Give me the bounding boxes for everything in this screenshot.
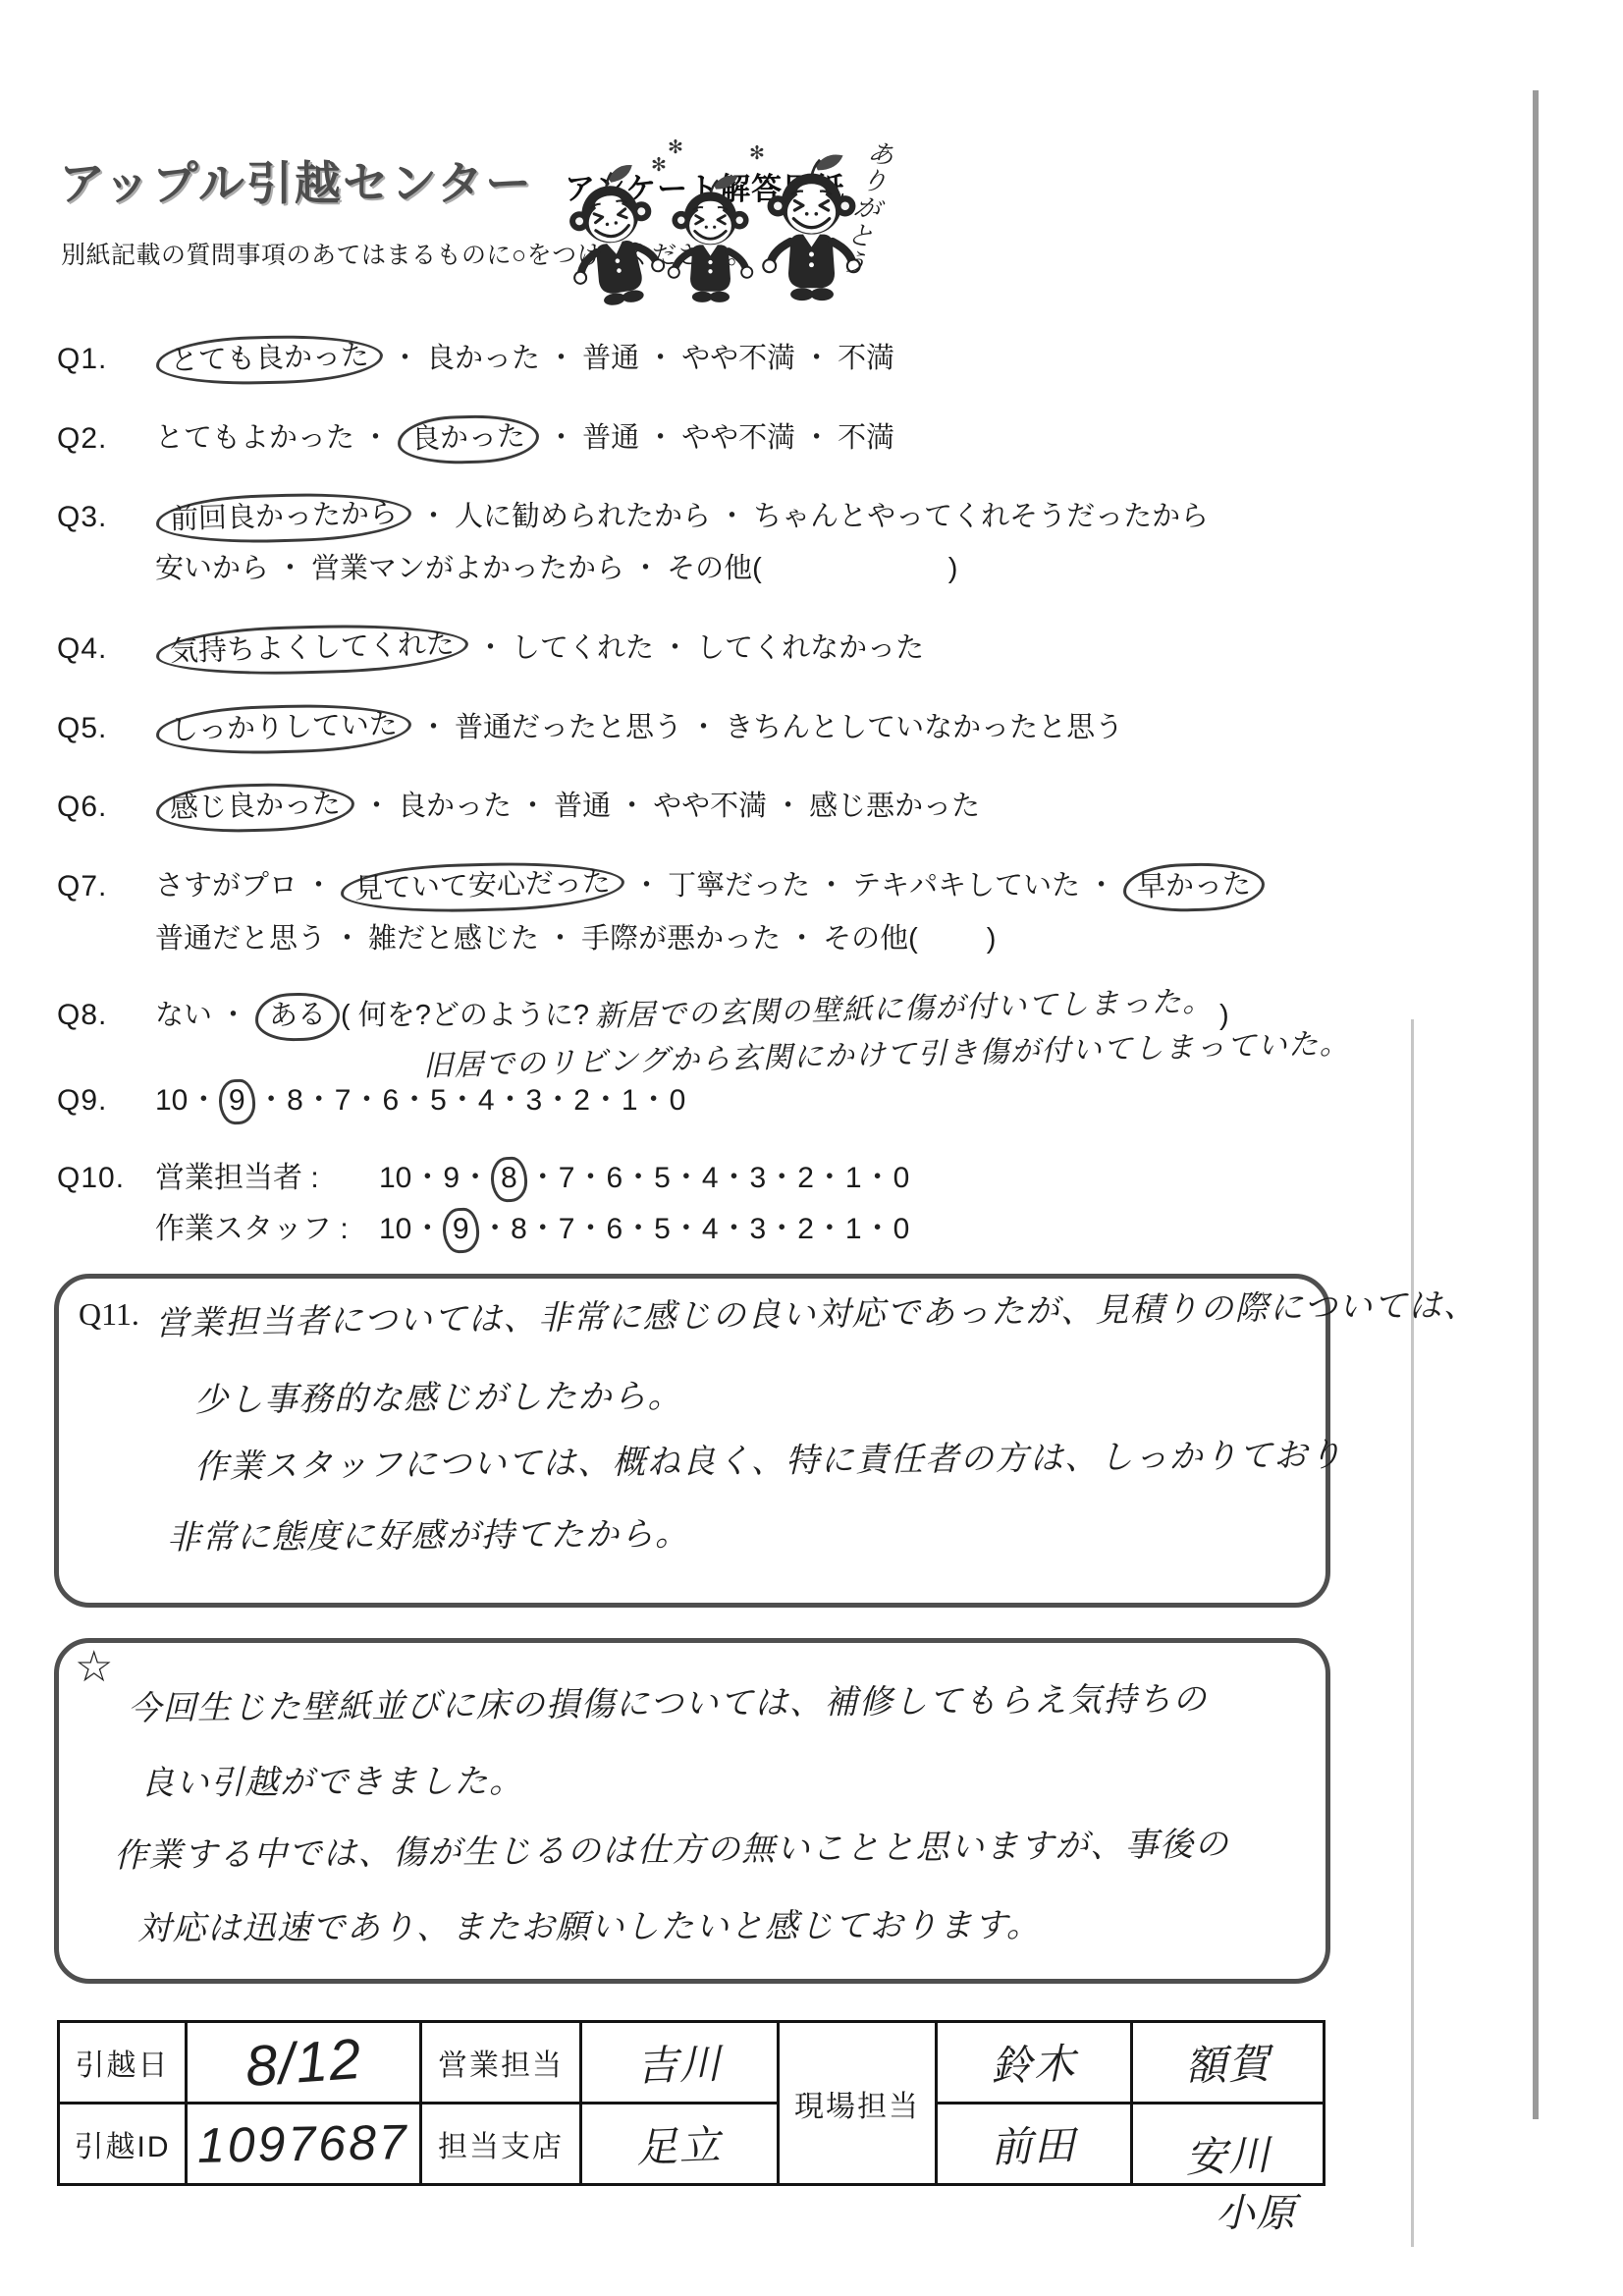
option-label: 気持ちよくしてくれた [170, 629, 456, 668]
option-separator: ・ [767, 1213, 796, 1245]
option-label: やや不満 [653, 791, 767, 822]
option-label: 2 [797, 1162, 814, 1194]
q11-comment-line: 少し事務的な感じがしたから。 [194, 1369, 682, 1421]
option-label: 0 [893, 1213, 910, 1245]
option-label: ある [269, 999, 327, 1032]
option-separator: ・ [460, 1162, 490, 1194]
option-label: その他( [823, 923, 918, 955]
option-separator: ・ [547, 422, 575, 454]
option-label: 人に勧められたから [455, 501, 711, 532]
question-line: 作業スタッフ :10・9・8・7・6・5・4・3・2・1・0 [57, 1211, 909, 1249]
fill-in-blank [918, 946, 987, 948]
option-label: 10 [379, 1162, 411, 1194]
handwritten-site-staff-name: 鈴木 [990, 2031, 1077, 2093]
site-staff-cell: 前田 [937, 2104, 1132, 2185]
option-label: してくれなかった [696, 632, 924, 664]
move-date-cell: 8/12 [187, 2022, 421, 2104]
hand-drawn-circle: 早かった [1122, 861, 1265, 913]
option-label: 感じ悪かった [809, 791, 980, 822]
option-separator: ・ [304, 1084, 334, 1117]
option-label: 普通 [582, 422, 639, 454]
option-separator: ・ [623, 1162, 653, 1194]
handwritten-extra-name: 小原 [1216, 2182, 1297, 2238]
option-label: 前回良かったから [170, 498, 399, 535]
option-label: 7 [559, 1162, 575, 1194]
option-label: 9 [443, 1162, 460, 1194]
option-label: 1 [622, 1084, 638, 1117]
option-separator: ・ [419, 712, 448, 743]
q11-comment-line: 非常に態度に好感が持てたから。 [167, 1506, 690, 1558]
option-label: 5 [430, 1084, 447, 1117]
option-separator: ・ [575, 1162, 605, 1194]
option-separator: ・ [543, 1084, 572, 1117]
hand-drawn-circle: 気持ちよくしてくれた [155, 622, 468, 679]
option-separator: ・ [661, 632, 689, 664]
option-label: 0 [893, 1162, 910, 1194]
option-label: 10 [155, 1084, 188, 1117]
option-label: 7 [559, 1213, 575, 1245]
option-label: 7 [335, 1084, 352, 1117]
question-line: Q8.ない・ある( 何を?どのように?新居での玄関の壁紙に傷が付いてしまった。) [57, 997, 1229, 1035]
branch-label: 担当支店 [421, 2104, 581, 2185]
option-label: 8 [287, 1084, 303, 1117]
handwritten-branch: 足立 [635, 2112, 723, 2174]
footer-table: 引越日 8/12 営業担当 吉川 現場担当 鈴木 額賀 引越ID 1097687… [57, 2020, 1325, 2186]
free-comment-line: 良い引越ができました。 [140, 1754, 524, 1804]
option-separator: ・ [476, 632, 505, 664]
option-separator: ・ [256, 1084, 286, 1117]
move-id-label: 引越ID [59, 2104, 187, 2185]
option-separator: ・ [528, 1213, 558, 1245]
sparkle-icon: ✻ [651, 155, 667, 176]
question-number: Q6. [57, 789, 107, 826]
sales-rep-cell: 吉川 [581, 2022, 779, 2104]
table-row: 引越ID 1097687 担当支店 足立 前田 安川 [59, 2104, 1325, 2185]
option-separator: ・ [774, 791, 802, 822]
option-label: 9 [453, 1213, 470, 1245]
question-line: Q1.とても良かった・良かった・普通・やや不満・不満 [57, 341, 894, 378]
option-label: とてもよかった [155, 422, 354, 454]
option-separator: ・ [802, 422, 831, 454]
handwritten-site-staff-name: 額賀 [1184, 2031, 1271, 2093]
option-label: きちんとしていなかったと思う [725, 712, 1123, 743]
option-label: ない [155, 1000, 212, 1031]
option-separator: ・ [528, 1162, 558, 1194]
question-number: Q4. [57, 630, 107, 668]
option-label: 普通だと思う [155, 923, 326, 955]
star-icon: ☆ [75, 1642, 113, 1692]
option-separator: ・ [480, 1213, 510, 1245]
q11-question-number: Q11. [79, 1296, 139, 1333]
option-separator: ・ [219, 1000, 247, 1031]
option-label: 3 [526, 1084, 543, 1117]
sales-rep-label: 営業担当 [421, 2022, 581, 2104]
option-separator: ・ [412, 1213, 442, 1245]
hand-drawn-circle: とても良かった [155, 333, 383, 388]
option-label: 良かった [398, 791, 512, 822]
scan-paper-edge [1533, 90, 1539, 2119]
option-separator: ・ [815, 1162, 844, 1194]
brand-logo: アップル引越センター [59, 147, 533, 213]
question-line: Q7.さすがプロ・見ていて安心だった・丁寧だった・テキパキしていた・早かった [57, 868, 1266, 905]
option-separator: ・ [689, 712, 718, 743]
option-separator: ・ [787, 923, 816, 955]
option-separator: ・ [400, 1084, 429, 1117]
option-label: ( 何を?どのように? [341, 1000, 589, 1031]
question-line: Q4.気持ちよくしてくれた・してくれた・してくれなかった [57, 630, 924, 668]
option-separator: ・ [718, 501, 746, 532]
option-separator: ・ [863, 1213, 893, 1245]
site-staff-label: 現場担当 [779, 2022, 937, 2185]
hand-drawn-circle: 見ていて安心だった [340, 859, 624, 915]
handwritten-answer: 新居での玄関の壁紙に傷が付いてしまった。 [595, 983, 1215, 1035]
option-separator: ・ [412, 1162, 442, 1194]
option-separator: ・ [304, 870, 333, 902]
option-separator: ・ [1087, 870, 1115, 902]
option-separator: ・ [632, 870, 661, 902]
option-label: 8 [511, 1213, 527, 1245]
option-separator: ・ [189, 1084, 218, 1117]
option-separator: ・ [631, 553, 660, 584]
question-line: 安いから・営業マンがよかったから・その他() [57, 551, 957, 586]
question-line: Q2.とてもよかった・良かった・普通・やや不満・不満 [57, 420, 894, 458]
sparkle-icon: ✻ [668, 137, 683, 158]
site-staff-cell: 鈴木 [937, 2022, 1132, 2104]
option-separator: ・ [352, 1084, 381, 1117]
option-separator: ・ [333, 923, 361, 955]
option-group-label: 作業スタッフ : [155, 1211, 379, 1248]
option-label: 普通 [554, 791, 611, 822]
question-line: Q3.前回良かったから・人に勧められたから・ちゃんとやってくれそうだったから [57, 499, 1209, 536]
option-label: ちゃんとやってくれそうだったから [753, 501, 1209, 532]
option-label: 4 [702, 1162, 719, 1194]
question-number: Q10. [57, 1160, 125, 1197]
survey-page: アップル引越センター アンケート解答用紙 別紙記載の質問事項のあてはまるものに○… [0, 0, 1623, 2296]
option-label: 2 [573, 1084, 590, 1117]
option-group-label: 営業担当者 : [155, 1160, 379, 1197]
question-line: Q5.しっかりしていた・普通だったと思う・きちんとしていなかったと思う [57, 710, 1123, 747]
option-separator: ・ [623, 1213, 653, 1245]
fill-in-blank [762, 575, 948, 577]
option-label: 8 [501, 1162, 518, 1194]
handwritten-sales-rep: 吉川 [635, 2031, 723, 2093]
site-staff-cell: 安川 [1132, 2104, 1325, 2185]
option-separator: ・ [817, 870, 845, 902]
option-label: とても良かった [170, 340, 370, 377]
option-label: ) [1219, 1000, 1229, 1031]
hand-drawn-circle: ある [254, 992, 340, 1043]
free-comment-line: 対応は迅速であり、またお願いしたいと感じております。 [137, 1898, 1041, 1949]
option-label: やや不満 [681, 343, 795, 374]
option-label: 安いから [155, 553, 269, 584]
handwritten-move-id: 1097687 [197, 2113, 410, 2174]
option-separator: ・ [575, 1213, 605, 1245]
handwritten-move-date: 8/12 [243, 2025, 363, 2099]
option-separator: ・ [863, 1162, 893, 1194]
option-label: 10 [379, 1213, 411, 1245]
option-label: しっかりしていた [170, 709, 399, 746]
option-label: 早かった [1137, 868, 1252, 902]
option-separator: ・ [361, 422, 390, 454]
option-separator: ・ [802, 343, 831, 374]
move-date-label: 引越日 [59, 2022, 187, 2104]
monkey-mascot-1-icon [565, 162, 669, 311]
option-separator: ・ [591, 1084, 621, 1117]
hand-drawn-circle: 9 [219, 1078, 256, 1124]
question-number: Q8. [57, 997, 107, 1034]
scan-artifact-line [1411, 1019, 1414, 2247]
handwritten-site-staff-name: 安川 [1184, 2122, 1271, 2184]
option-label: 9 [229, 1084, 246, 1117]
option-separator: ・ [639, 1084, 669, 1117]
option-label: 2 [797, 1213, 814, 1245]
question-number: Q1. [57, 341, 107, 378]
option-label: やや不満 [681, 422, 795, 454]
option-separator: ・ [496, 1084, 525, 1117]
branch-cell: 足立 [581, 2104, 779, 2185]
option-label: 5 [654, 1162, 671, 1194]
option-label: 0 [670, 1084, 686, 1117]
question-number: Q7. [57, 868, 107, 905]
option-separator: ・ [391, 343, 419, 374]
question-line: Q10.営業担当者 :10・9・8・7・6・5・4・3・2・1・0 [57, 1160, 909, 1198]
option-separator: ・ [646, 422, 675, 454]
option-label: 見ていて安心だった [354, 866, 612, 904]
option-separator: ・ [518, 791, 547, 822]
option-label: 3 [750, 1213, 767, 1245]
hand-drawn-circle: 良かった [397, 413, 539, 465]
option-label: ) [987, 923, 997, 955]
option-separator: ・ [448, 1084, 477, 1117]
table-row: 引越日 8/12 営業担当 吉川 現場担当 鈴木 額賀 [59, 2022, 1325, 2104]
hand-drawn-circle: 8 [490, 1156, 527, 1202]
question-line: 旧居でのリビングから玄関にかけて引き傷が付いてしまっていた。 [57, 1043, 1356, 1080]
question-line: Q9.10・9・8・7・6・5・4・3・2・1・0 [57, 1082, 685, 1121]
hand-drawn-circle: 9 [443, 1207, 480, 1253]
option-separator: ・ [815, 1213, 844, 1245]
option-label: ) [948, 553, 958, 584]
option-label: 不満 [838, 422, 894, 454]
question-line: Q6.感じ良かった・良かった・普通・やや不満・感じ悪かった [57, 789, 980, 826]
option-label: テキパキしていた [852, 870, 1080, 902]
hand-drawn-circle: 前回良かったから [155, 490, 411, 545]
option-label: 4 [702, 1213, 719, 1245]
question-number: Q5. [57, 710, 107, 747]
option-label: その他( [667, 553, 762, 584]
hand-drawn-circle: 感じ良かった [155, 781, 354, 835]
option-label: 6 [606, 1213, 622, 1245]
option-label: 5 [654, 1213, 671, 1245]
option-label: さすがプロ [155, 870, 298, 902]
option-separator: ・ [646, 343, 675, 374]
question-number: Q2. [57, 420, 107, 458]
handwritten-site-staff-name: 前田 [990, 2112, 1077, 2174]
question-number: Q3. [57, 499, 107, 536]
option-label: 良かった [426, 343, 540, 374]
sparkle-icon: ✻ [749, 143, 765, 164]
hand-drawn-circle: しっかりしていた [155, 701, 411, 756]
option-label: 丁寧だった [668, 870, 810, 902]
option-label: 6 [382, 1084, 399, 1117]
move-id-cell: 1097687 [187, 2104, 421, 2185]
option-label: してくれた [512, 632, 654, 664]
option-label: 営業マンがよかったから [311, 553, 624, 584]
free-comment-line: 今回生じた壁紙並びに床の損傷については、補修してもらえ気持ちの [128, 1671, 1208, 1729]
option-label: 6 [606, 1162, 622, 1194]
option-label: 1 [845, 1162, 862, 1194]
option-separator: ・ [672, 1162, 701, 1194]
option-label: 4 [478, 1084, 495, 1117]
option-separator: ・ [672, 1213, 701, 1245]
option-label: 手際が悪かった [581, 923, 781, 955]
option-separator: ・ [546, 923, 574, 955]
site-staff-cell: 額賀 [1132, 2022, 1325, 2104]
option-label: 普通だったと思う [455, 712, 682, 743]
option-label: 良かった [411, 420, 526, 455]
option-label: 3 [750, 1162, 767, 1194]
option-separator: ・ [547, 343, 575, 374]
monkey-mascots-icon: ✻ ✻ ✻ [565, 134, 869, 355]
option-separator: ・ [362, 791, 391, 822]
option-separator: ・ [720, 1162, 749, 1194]
option-separator: ・ [419, 501, 448, 532]
question-line: 普通だと思う・雑だと感じた・手際が悪かった・その他() [57, 921, 996, 957]
option-label: 感じ良かった [170, 789, 342, 825]
option-label: 不満 [838, 343, 894, 374]
monkey-mascot-2-icon [669, 176, 753, 302]
option-label: 雑だと感じた [368, 923, 539, 955]
option-separator: ・ [767, 1162, 796, 1194]
option-separator: ・ [720, 1213, 749, 1245]
question-number: Q9. [57, 1082, 107, 1120]
option-separator: ・ [276, 553, 304, 584]
option-label: 1 [845, 1213, 862, 1245]
option-label: 普通 [582, 343, 639, 374]
option-separator: ・ [618, 791, 646, 822]
